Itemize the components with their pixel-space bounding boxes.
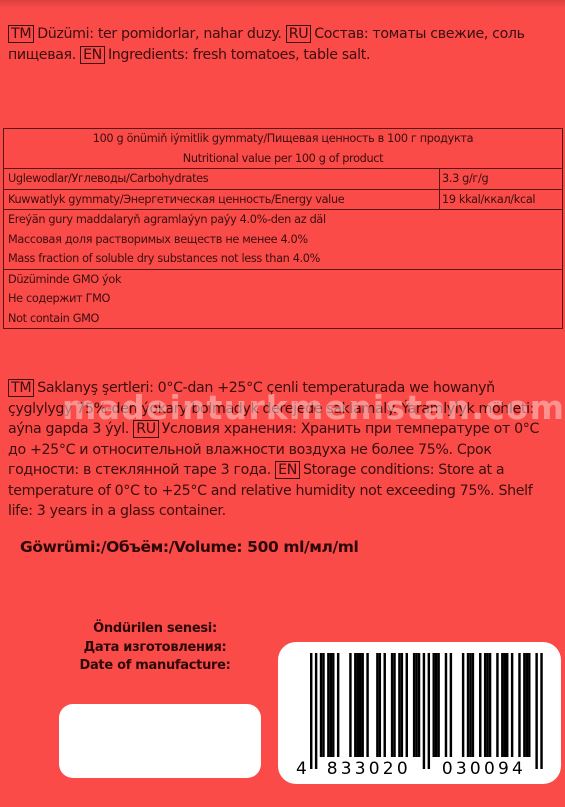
soluble-solids-en: Mass fraction of soluble dry substances … (8, 249, 558, 269)
manufacture-date-tm: Öndürilen senesi: (60, 620, 250, 639)
top-edge-shade (0, 0, 565, 8)
gmo-tm: Düzüminde GMO ýok (8, 270, 558, 290)
nutrition-row-gmo: Düzüminde GMO ýok Не содержит ГМО Not co… (4, 269, 563, 329)
nutrition-value: 3.3 g/г/g (440, 169, 563, 190)
nutrition-value: 19 kkal/ккал/kcal (440, 189, 563, 210)
manufacture-date-labels: Öndürilen senesi: Дата изготовления: Dat… (60, 620, 250, 676)
soluble-solids-tm: Ereýän gury maddalaryň agramlaýyn paýy 4… (8, 210, 558, 230)
lang-tag-en: EN (275, 461, 300, 479)
ingredients-block: TMDüzümi: ter pomidorlar, nahar duzy. RU… (8, 24, 560, 65)
nutrition-label: Kuwwatlyk gymmaty/Энергетическая ценност… (4, 189, 440, 210)
barcode-label: 4833020030094 (278, 642, 561, 784)
lang-tag-en: EN (80, 46, 105, 64)
ingredients-tm: Düzümi: ter pomidorlar, nahar duzy. (37, 26, 281, 42)
nutrition-row-soluble-solids: Ereýän gury maddalaryň agramlaýyn paýy 4… (4, 210, 563, 270)
lang-tag-ru: RU (133, 420, 159, 438)
nutrition-header: 100 g önümiň iýmitlik gymmaty/Пищевая це… (4, 129, 563, 169)
nutrition-row-carbohydrates: Uglewodlar/Углеводы/Carbohydrates 3.3 g/… (4, 169, 563, 190)
lang-tag-tm: TM (8, 25, 34, 43)
svg-text:833020: 833020 (327, 759, 411, 779)
lang-tag-tm: TM (8, 379, 34, 397)
nutrition-header-line1: 100 g önümiň iýmitlik gymmaty/Пищевая це… (8, 129, 558, 149)
manufacture-date-field (59, 704, 261, 778)
svg-text:4: 4 (296, 759, 310, 779)
gmo-en: Not contain GMO (8, 309, 558, 329)
barcode-icon: 4833020030094 (278, 642, 561, 784)
volume-label: Göwrümi:/Объём:/Volume: 500 ml/мл/ml (20, 538, 358, 556)
ingredients-en: Ingredients: fresh tomatoes, table salt. (108, 47, 370, 63)
gmo-ru: Не содержит ГМО (8, 289, 558, 309)
nutrition-label: Uglewodlar/Углеводы/Carbohydrates (4, 169, 440, 190)
manufacture-date-ru: Дата изготовления: (60, 639, 250, 658)
soluble-solids-ru: Массовая доля растворимых веществ не мен… (8, 230, 558, 250)
svg-text:030094: 030094 (442, 759, 526, 779)
nutrition-row-energy: Kuwwatlyk gymmaty/Энергетическая ценност… (4, 189, 563, 210)
lang-tag-ru: RU (286, 25, 312, 43)
storage-block: TMSaklanyş şertleri: 0°C-dan +25°C çenli… (8, 378, 560, 522)
nutrition-header-line2: Nutritional value per 100 g of product (8, 149, 558, 169)
manufacture-date-en: Date of manufacture: (60, 657, 250, 676)
nutrition-table: 100 g önümiň iýmitlik gymmaty/Пищевая це… (3, 128, 563, 329)
